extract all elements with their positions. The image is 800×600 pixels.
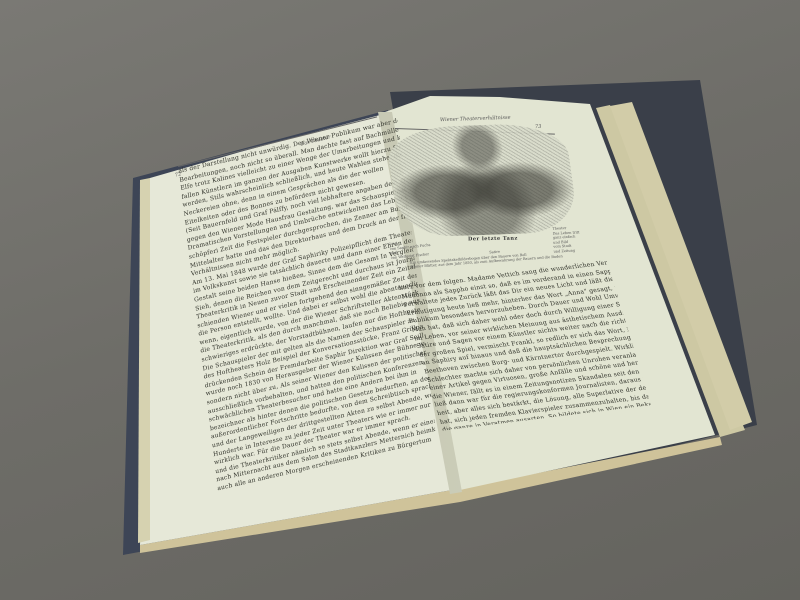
caricature-illustration bbox=[384, 122, 579, 238]
right-page-text: kurz vor dem folgen. Madame Vettich sang… bbox=[398, 259, 651, 430]
illustration-title: Der letzte Tanz bbox=[468, 236, 518, 243]
